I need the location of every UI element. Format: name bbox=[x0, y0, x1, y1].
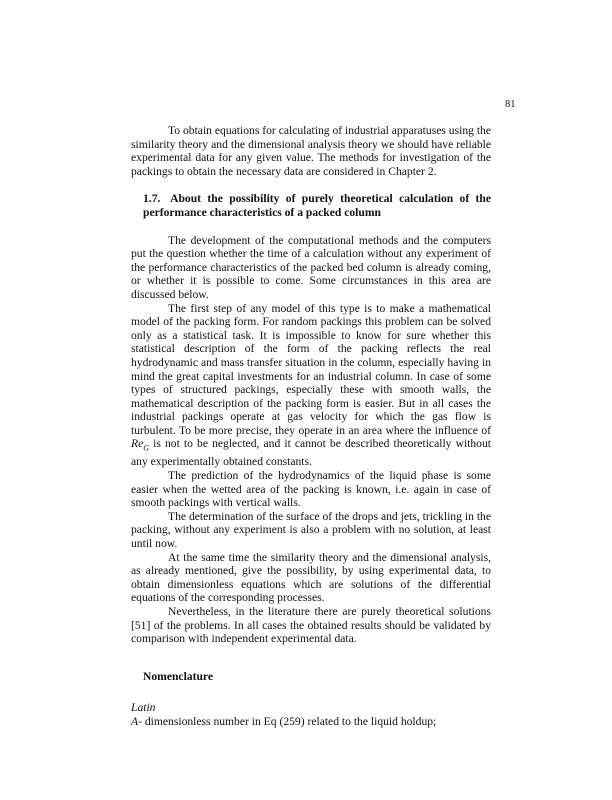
nomenclature-subheading: Latin bbox=[131, 701, 491, 715]
nomenclature-entry: A- dimensionless number in Eq (259) rela… bbox=[131, 715, 491, 729]
text-run: is not to be neglected, and it cannot be… bbox=[131, 437, 491, 468]
body-paragraph: The first step of any model of this type… bbox=[131, 302, 491, 469]
section-heading: 1.7. About the possibility of purely the… bbox=[143, 192, 491, 219]
text-run: The first step of any model of this type… bbox=[131, 302, 491, 437]
body-paragraph: The development of the computational met… bbox=[131, 234, 491, 302]
section-title: About the possibility of purely theoreti… bbox=[143, 192, 491, 219]
intro-paragraph: To obtain equations for calculating of i… bbox=[131, 124, 491, 178]
definition: - dimensionless number in Eq (259) relat… bbox=[138, 715, 436, 728]
body-paragraph: The determination of the surface of the … bbox=[131, 510, 491, 551]
section-number: 1.7. bbox=[143, 192, 160, 205]
nomenclature-heading: Nomenclature bbox=[143, 670, 491, 684]
page-content: To obtain equations for calculating of i… bbox=[131, 124, 491, 728]
body-paragraph: Nevertheless, in the literature there ar… bbox=[131, 605, 491, 646]
body-paragraph: The prediction of the hydrodynamics of t… bbox=[131, 469, 491, 510]
body-paragraph: At the same time the similarity theory a… bbox=[131, 551, 491, 605]
page-number: 81 bbox=[505, 99, 516, 110]
reynolds-symbol: ReG bbox=[131, 437, 149, 450]
